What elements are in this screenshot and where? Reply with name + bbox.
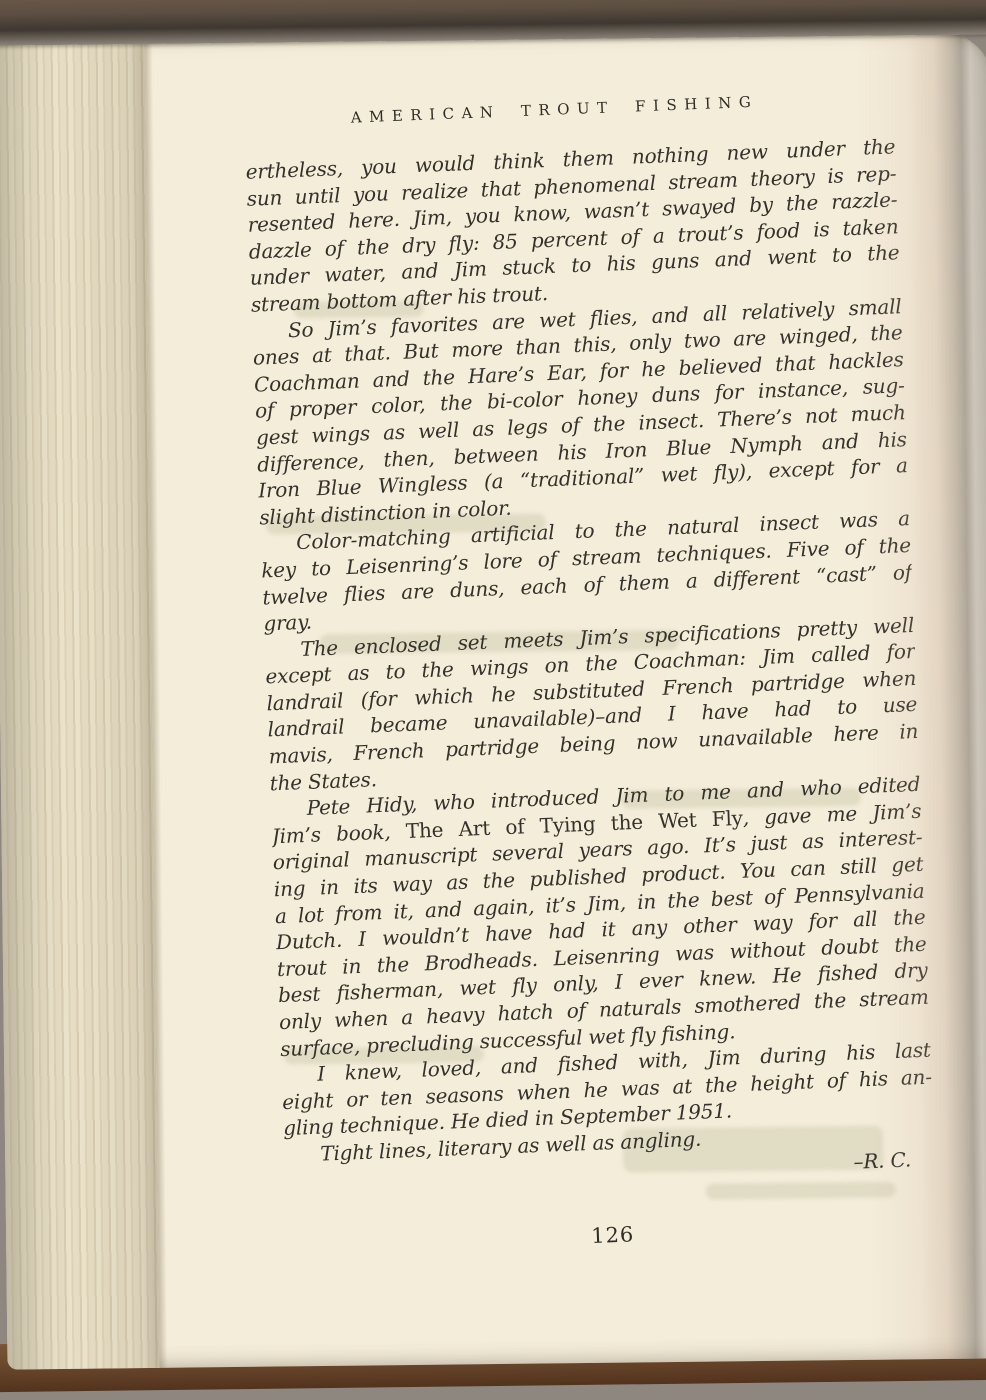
book-page: AMERICAN TROUT FISHING ertheless, you wo… [0, 28, 986, 1369]
text-column: AMERICAN TROUT FISHING ertheless, you wo… [243, 85, 938, 1259]
page-number: 126 [288, 1210, 938, 1260]
text-lines: ertheless, you would think them nothing … [245, 133, 934, 1168]
fore-edge-stack [0, 38, 160, 1370]
running-header: AMERICAN TROUT FISHING [229, 86, 879, 134]
